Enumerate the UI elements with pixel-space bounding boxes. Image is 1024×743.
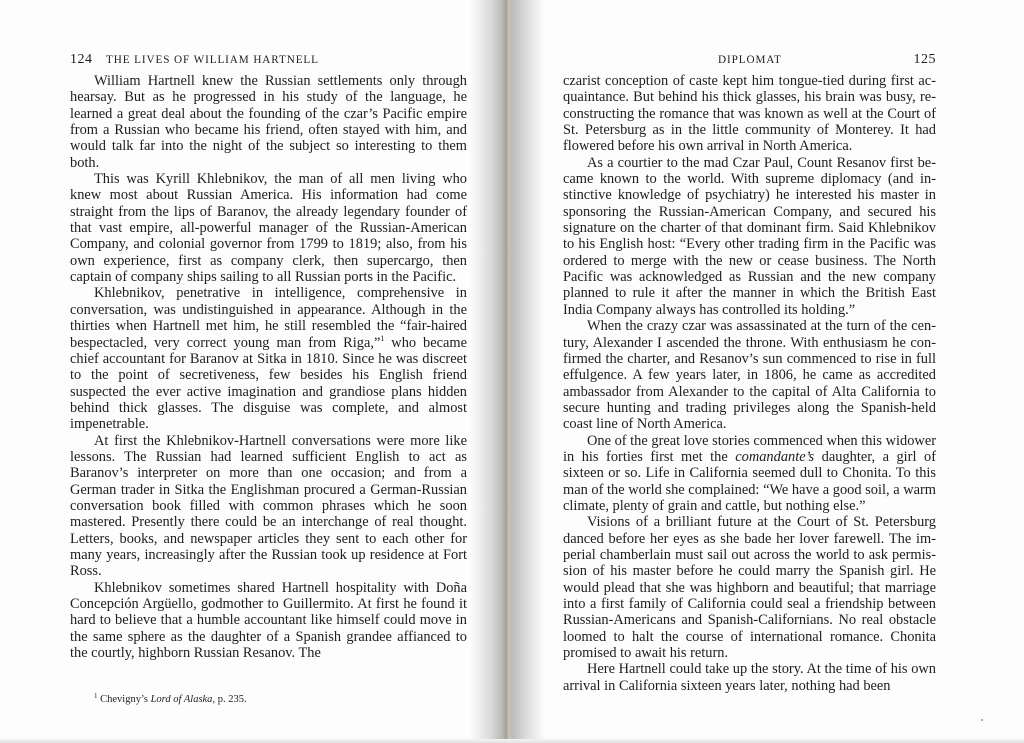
paragraph: Visions of a brilliant future at the Cou… (563, 514, 936, 661)
italic-term: comandante’s (735, 449, 814, 465)
running-title-left: THE LIVES OF WILLIAM HARTNELL (106, 54, 319, 66)
paragraph-with-italic: One of the great love stories commenced … (563, 433, 936, 515)
paragraph: At first the Khlebnikov-Hartnell convers… (70, 433, 467, 580)
left-running-head: 124 THE LIVES OF WILLIAM HARTNELL (70, 52, 467, 70)
paper-speck (981, 719, 983, 721)
footnote-text: , p. 235. (212, 694, 246, 705)
book-gutter-shadow (468, 0, 546, 743)
paragraph-with-footnote-ref: Khlebnikov, penetrative in intelligence,… (70, 285, 467, 432)
paragraph: This was Kyrill Khlebnikov, the man of a… (70, 171, 467, 285)
paragraph: Here Hartnell could take up the story. A… (563, 661, 936, 694)
left-body-text: William Hartnell knew the Russian settle… (70, 73, 467, 661)
book-spread: 124 THE LIVES OF WILLIAM HARTNELL Willia… (0, 0, 1024, 743)
page-bottom-edge (0, 739, 1024, 743)
right-running-head: DIPLOMAT 125 (563, 52, 936, 70)
paragraph: As a courtier to the mad Czar Paul, Coun… (563, 155, 936, 318)
right-body-text: czarist conception of caste kept him ton… (563, 73, 936, 694)
continued-paragraph: czarist conception of caste kept him ton… (563, 73, 936, 155)
paragraph: William Hartnell knew the Russian settle… (70, 73, 467, 171)
footnote-text: Chevigny’s (98, 694, 151, 705)
paragraph: Khlebnikov sometimes shared Hartnell hos… (70, 580, 467, 662)
footnote-book-title: Lord of Alaska (151, 694, 213, 705)
paragraph: When the crazy czar was assassinated at … (563, 318, 936, 432)
page-number-left: 124 (70, 52, 93, 68)
running-title-right: DIPLOMAT (718, 54, 782, 66)
footnote: 1 Chevigny’s Lord of Alaska, p. 235. (94, 690, 247, 706)
page-number-right: 125 (914, 52, 937, 68)
